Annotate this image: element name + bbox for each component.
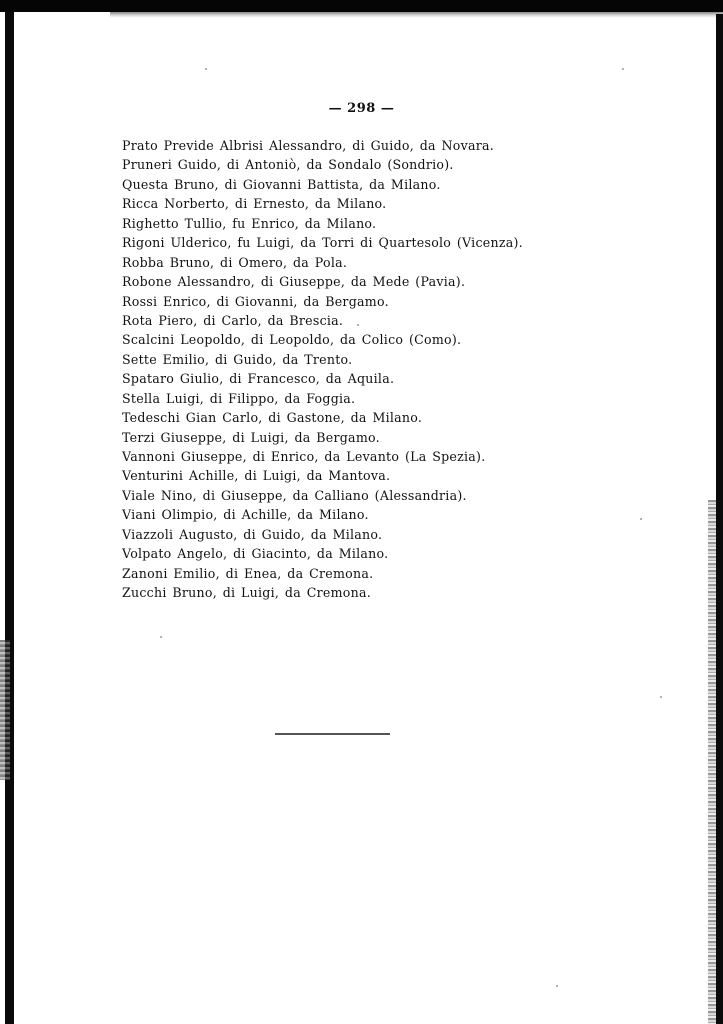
list-item: Pruneri Guido, di Antoniò, da Sondalo (S…: [122, 155, 523, 174]
list-item: Spataro Giulio, di Francesco, da Aquila.: [122, 369, 523, 388]
page-number: — 298 —: [0, 101, 723, 116]
scan-right-border: [716, 14, 723, 1024]
list-item: Viazzoli Augusto, di Guido, da Milano.: [122, 525, 523, 544]
list-item: Terzi Giuseppe, di Luigi, da Bergamo.: [122, 428, 523, 447]
list-item: Volpato Angelo, di Giacinto, da Milano.: [122, 544, 523, 563]
scan-top-border: [0, 0, 723, 12]
list-item: Ricca Norberto, di Ernesto, da Milano.: [122, 194, 523, 213]
list-item: Robone Alessandro, di Giuseppe, da Mede …: [122, 272, 523, 291]
list-item: Righetto Tullio, fu Enrico, da Milano.: [122, 214, 523, 233]
list-item: Venturini Achille, di Luigi, da Mantova.: [122, 466, 523, 485]
list-item: Vannoni Giuseppe, di Enrico, da Levanto …: [122, 447, 523, 466]
scan-speck: [357, 324, 359, 326]
list-item: Zucchi Bruno, di Luigi, da Cremona.: [122, 583, 523, 602]
scan-speck: [660, 696, 662, 698]
name-list: Prato Previde Albrisi Alessandro, di Gui…: [122, 136, 523, 603]
scan-speck: [205, 68, 207, 70]
scan-right-noise: [708, 500, 716, 1024]
scan-left-border: [5, 12, 14, 1024]
scan-speck: [556, 985, 558, 987]
list-item: Zanoni Emilio, di Enea, da Cremona.: [122, 564, 523, 583]
list-item: Scalcini Leopoldo, di Leopoldo, da Colic…: [122, 330, 523, 349]
list-item: Tedeschi Gian Carlo, di Gastone, da Mila…: [122, 408, 523, 427]
scan-speck: [640, 518, 642, 520]
scan-left-noise: [0, 640, 10, 780]
list-item: Rigoni Ulderico, fu Luigi, da Torri di Q…: [122, 233, 523, 252]
list-item: Rossi Enrico, di Giovanni, da Bergamo.: [122, 292, 523, 311]
list-item: Rota Piero, di Carlo, da Brescia.: [122, 311, 523, 330]
list-item: Questa Bruno, di Giovanni Battista, da M…: [122, 175, 523, 194]
list-item: Viale Nino, di Giuseppe, da Calliano (Al…: [122, 486, 523, 505]
list-item: Stella Luigi, di Filippo, da Foggia.: [122, 389, 523, 408]
list-item: Robba Bruno, di Omero, da Pola.: [122, 253, 523, 272]
list-item: Viani Olimpio, di Achille, da Milano.: [122, 505, 523, 524]
scan-speck: [622, 68, 624, 70]
list-item: Sette Emilio, di Guido, da Trento.: [122, 350, 523, 369]
section-end-rule: [275, 733, 390, 735]
list-item: Prato Previde Albrisi Alessandro, di Gui…: [122, 136, 523, 155]
scan-top-shadow: [110, 12, 723, 18]
scan-speck: [160, 636, 162, 638]
